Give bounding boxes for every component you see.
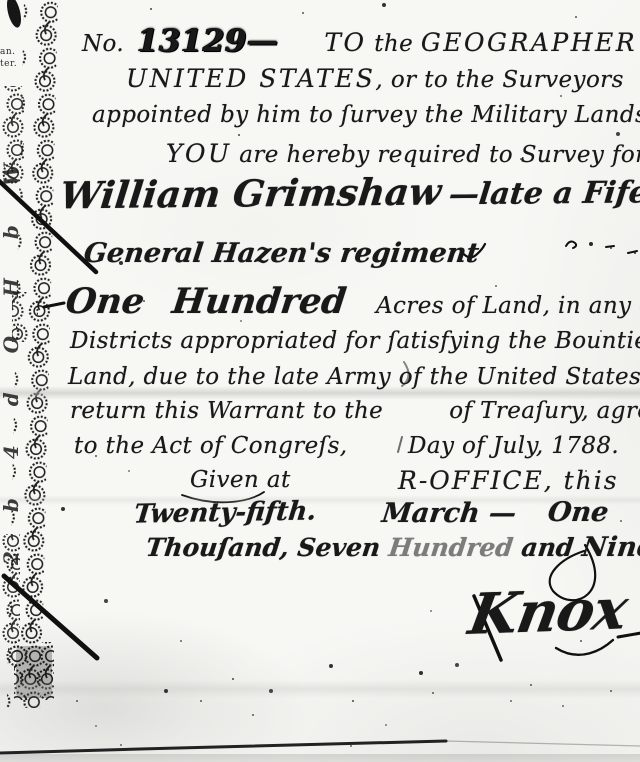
bottom-scan-line	[0, 741, 446, 753]
line1-the: the	[367, 31, 421, 57]
paper-crease	[0, 495, 640, 505]
you-are-required-line: YOU are hereby required to Survey for	[166, 141, 640, 167]
grantee-name: William Grimshaw	[58, 173, 443, 214]
acreage-amount: One Hundred	[64, 284, 348, 319]
knox-signature: Knox	[465, 581, 631, 643]
year-one: One	[546, 499, 610, 526]
given-at: Given at	[190, 469, 291, 492]
line4-rest: are hereby required to Survey for	[232, 142, 640, 168]
districts-line: Districts appropriated for ſatisfying th…	[70, 330, 640, 353]
warrant-number-label: No.	[82, 31, 124, 57]
line14-hundred-faded: Hundred	[387, 533, 515, 562]
scan-bottom-edge	[0, 754, 640, 762]
acreage-rest: Acres of Land, in any of the	[376, 293, 640, 319]
act-of-congress: to the Act of Congreſs,	[74, 435, 348, 458]
war-office-this: R-OFFICE, this	[398, 468, 619, 493]
small-mark	[566, 242, 576, 248]
margin-fragment: an.	[0, 48, 16, 57]
year-words-line: Thouſand, Seven Hundred and Ninety	[144, 534, 640, 561]
faded-apostrophe	[398, 437, 402, 452]
line10-b: of Treaſury, agreeably	[449, 398, 640, 424]
line10-a: return this Warrant to the	[70, 398, 383, 424]
top-left-ink-blob	[4, 0, 23, 29]
you-caps: YOU	[166, 139, 232, 168]
to-caps: TO	[324, 28, 366, 57]
document-scan: an. ter. 2 b 4 d O H b W No.13129—TO the…	[0, 0, 640, 762]
month-march: March —	[380, 500, 517, 527]
diagonal-stroke-lower	[4, 576, 97, 658]
ink-specks	[0, 0, 2, 2]
rotated-marginalia-script: 2 b 4 d O H b W	[1, 229, 31, 565]
grantee-suffix: —late a Fifer in	[447, 178, 640, 211]
paper-crease	[0, 680, 640, 698]
geographer-caps: GEOGRAPHER	[421, 28, 637, 57]
return-warrant-line: return this Warrant to theof Treaſury, a…	[70, 400, 640, 423]
acreage-line: One HundredAcres of Land, in any of the	[66, 284, 640, 319]
dash-before-one-hundred	[44, 303, 64, 307]
line14-ninety: Ninety	[580, 532, 640, 563]
line14-c: and	[520, 533, 575, 562]
header-line: No.13129—TO the GEOGRAPHER of the	[82, 26, 640, 57]
warrant-number: 13129—	[137, 23, 278, 59]
united-states-caps: UNITED STATES	[126, 64, 375, 93]
margin-fragment: ter.	[0, 60, 17, 69]
appointed-line: appointed by him to ſurvey the Military …	[92, 104, 640, 127]
line2-rest: , or to the Surveyors	[375, 67, 623, 93]
due-to-army-line: Land, due to the late Army of the United…	[68, 366, 640, 389]
united-states-line: UNITED STATES, or to the Surveyors	[126, 66, 624, 92]
line14-a: Thouſand, Seven	[144, 533, 382, 562]
regiment-line: General Hazen's regiment	[82, 240, 480, 267]
grantee-line: William Grimshaw—late a Fifer in	[60, 171, 640, 215]
day-twenty-fifth: Twenty-fifth.	[133, 498, 318, 527]
day-of-july-1788: Day of July, 1788.	[408, 435, 619, 458]
